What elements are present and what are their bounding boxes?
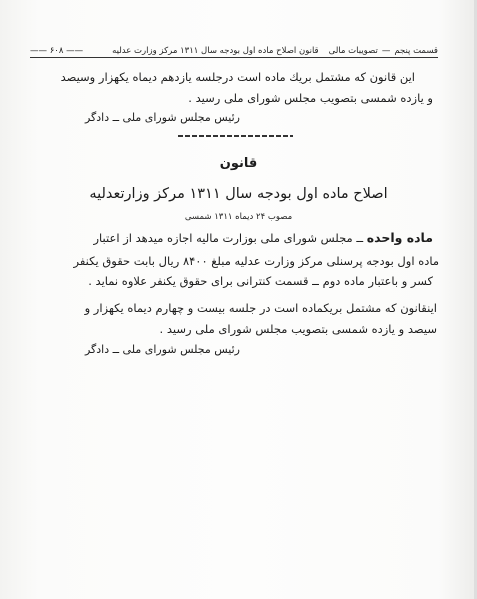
- prev-law-signature: رئیس مجلس شورای ملی ــ دادگر: [85, 111, 240, 124]
- running-header: قسمت پنجم — تصویبات مالی قانون اصلاح ماد…: [30, 40, 438, 56]
- header-category: تصویبات مالی: [329, 46, 378, 56]
- header-title: قانون اصلاح ماده اول بودجه سال ۱۳۱۱ مرکز…: [112, 46, 319, 56]
- law-heading: قانون: [0, 156, 477, 171]
- law-approval-date: مصوب ۲۴ دیماه ۱۳۱۱ شمسی: [0, 212, 477, 222]
- scanned-page: قسمت پنجم — تصویبات مالی قانون اصلاح ماد…: [0, 0, 477, 599]
- article-label: ماده واحده: [367, 230, 433, 245]
- closing-line-1: اینقانون که مشتمل بریکماده است در جلسه ب…: [85, 301, 437, 315]
- closing-line-2: سیصد و یازده شمسی بتصویب مجلس شورای ملی …: [160, 322, 437, 336]
- header-rule: [30, 57, 438, 58]
- header-separator: —: [382, 46, 391, 56]
- article-line-3: کسر و باعتبار ماده دوم ــ قسمت کنترانی ب…: [88, 274, 433, 288]
- law-title: اصلاح ماده اول بودجه سال ۱۳۱۱ مرکز وزارت…: [0, 186, 477, 202]
- article-line-1: ماده واحده ــ مجلس شورای ملی بوزارت مالی…: [93, 230, 433, 245]
- decorative-divider: [178, 133, 293, 139]
- law-signature: رئیس مجلس شورای ملی ــ دادگر: [85, 343, 240, 356]
- article-text-1: ــ مجلس شورای ملی بوزارت مالیه اجازه مید…: [93, 231, 363, 245]
- header-section: قسمت پنجم: [394, 46, 438, 56]
- prev-law-line-1: این قانون که مشتمل بریك ماده است درجلسه …: [61, 70, 415, 84]
- article-line-2: ماده اول بودجه پرسنلی مرکز وزارت عدلیه م…: [74, 254, 439, 268]
- page-number: —— ۶۰۸ ——: [30, 46, 83, 56]
- prev-law-line-2: و یازده شمسی بتصویب مجلس شورای ملی رسید …: [188, 91, 433, 105]
